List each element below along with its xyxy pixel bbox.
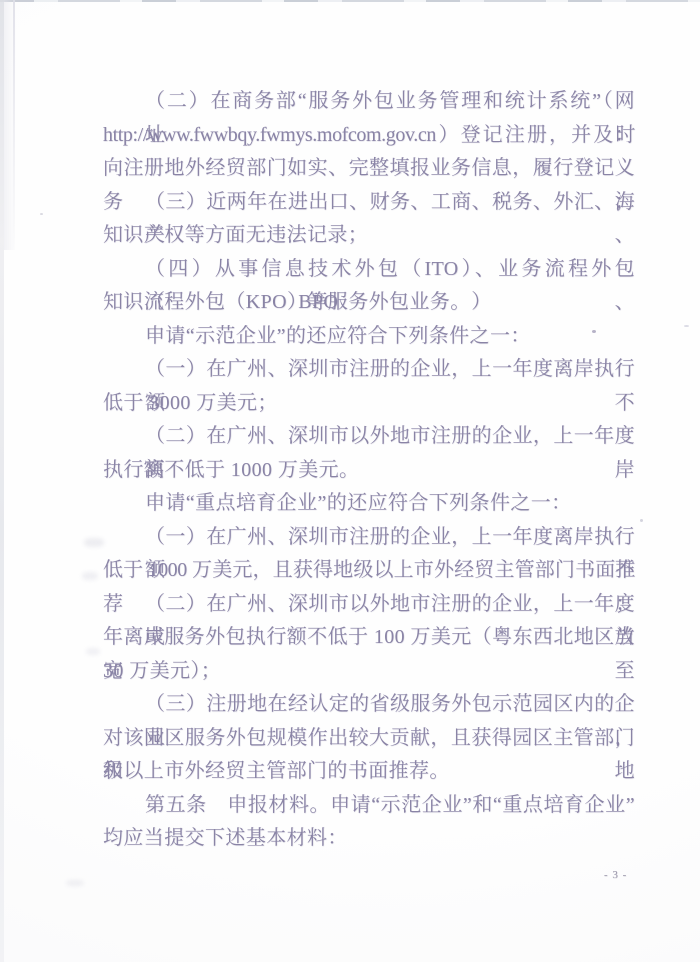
scan-speck [684, 325, 689, 327]
text-line: 对该园区服务外包规模作出较大贡献，且获得园区主管部门和地 [103, 722, 635, 756]
text-line: 向注册地外经贸部门如实、完整填报业务信息，履行登记义务； [103, 152, 635, 186]
text-line: （一）在广州、深圳市注册的企业，上一年度离岸执行额不 [103, 353, 635, 387]
text-line: 申请“重点培育企业”的还应符合下列条件之一： [103, 487, 635, 521]
text-line: （二）在商务部“服务外包业务管理和统计系统”（网址： [103, 85, 635, 119]
document-body: （二）在商务部“服务外包业务管理和统计系统”（网址： http://www.fw… [103, 85, 635, 856]
text-line: 申请“示范企业”的还应符合下列条件之一： [103, 320, 635, 354]
text-line: （三）注册地在经认定的省级服务外包示范园区内的企业， [103, 688, 635, 722]
scan-smudge [66, 880, 84, 886]
scan-smudge [86, 648, 100, 655]
scan-smudge [84, 538, 104, 547]
text-line: （二）在广州、深圳市以外地市注册的企业，上一年度离岸 [103, 420, 635, 454]
scan-speck [40, 213, 43, 215]
text-line: 年离岸服务外包执行额不低于 100 万美元（粤东西北地区放宽至 [103, 621, 635, 655]
text-line: （一）在广州、深圳市注册的企业，上一年度离岸执行额不 [103, 521, 635, 555]
scan-smudge [82, 572, 98, 580]
text-line: 第五条 申报材料。申请“示范企业”和“重点培育企业” [103, 789, 635, 823]
scan-speck [592, 330, 596, 333]
text-line: （三）近两年在进出口、财务、工商、税务、外汇、海关、 [103, 186, 635, 220]
text-line: 均应当提交下述基本材料： [103, 822, 635, 856]
text-line-url: http://www.fwwbqy.fwmys.mofcom.gov.cn）登记… [103, 119, 635, 153]
page-number: - 3 - [604, 869, 627, 881]
scan-speck [640, 519, 643, 522]
text-line: （四）从事信息技术外包（ITO）、业务流程外包（BPO）、 [103, 253, 635, 287]
paper-fold-line [13, 0, 15, 255]
scan-edge-top [0, 0, 700, 2]
text-line: 低于 1000 万美元，且获得地级以上市外经贸主管部门书面推荐； [103, 554, 635, 588]
text-line: （二）在广州、深圳市以外地市注册的企业，上一年度或当 [103, 588, 635, 622]
scanned-document-page: （二）在商务部“服务外包业务管理和统计系统”（网址： http://www.fw… [0, 0, 700, 962]
